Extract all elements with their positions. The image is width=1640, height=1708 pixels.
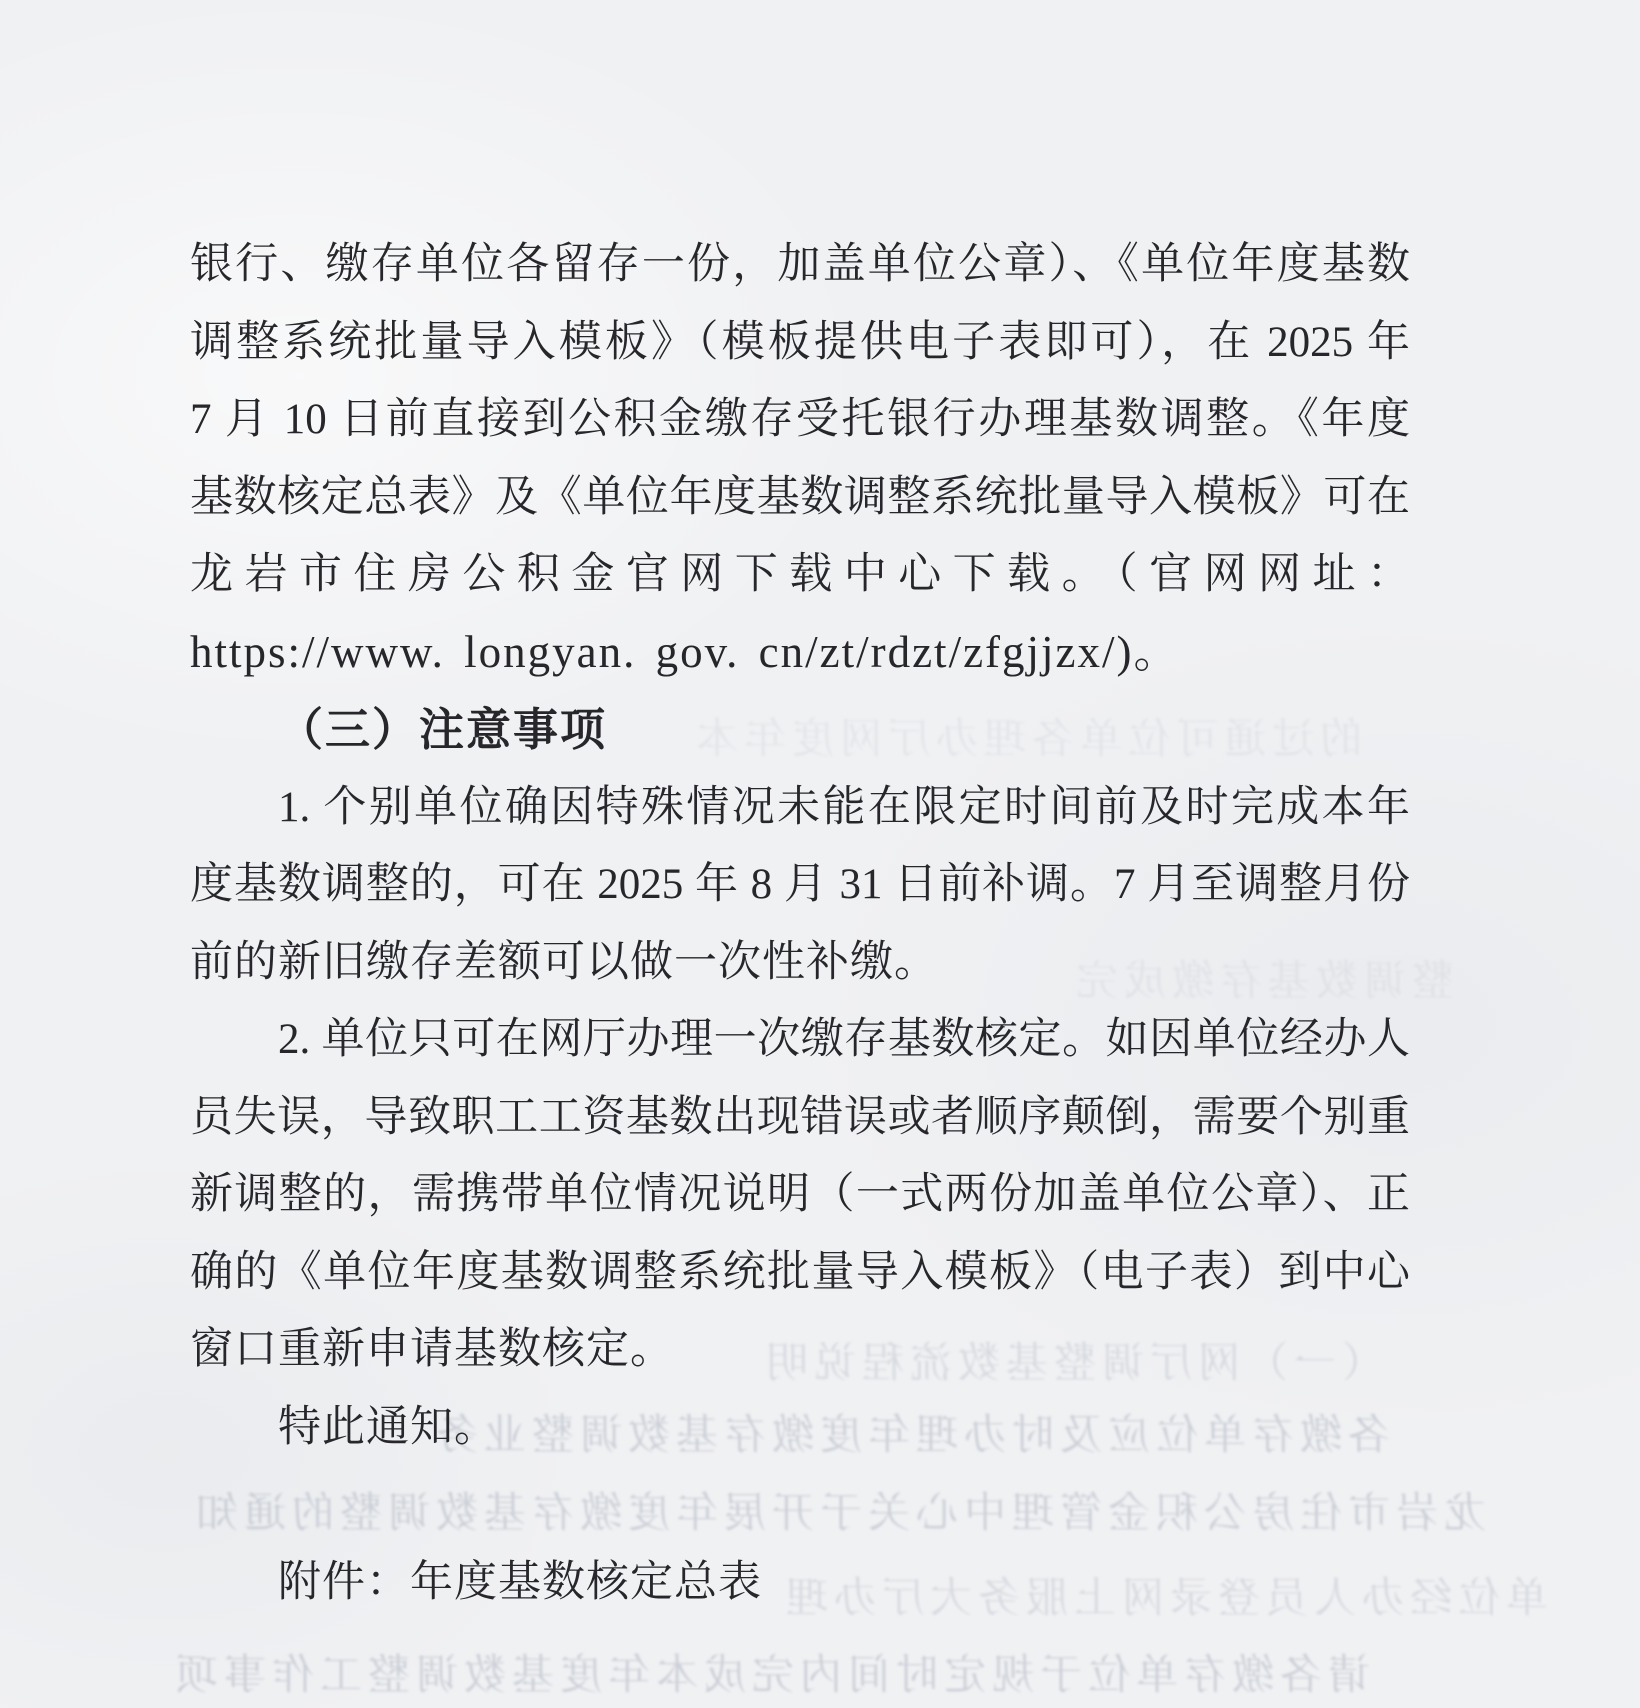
closing-line: 特此通知。 bbox=[190, 1389, 1410, 1467]
body-line: 员失误，导致职工工资基数出现错误或者顺序颠倒，需要个别重 bbox=[190, 1079, 1410, 1157]
body-line: 银行、缴存单位各留存一份，加盖单位公章）、《单位年度基数 bbox=[190, 226, 1410, 304]
body-line: 窗口重新申请基数核定。 bbox=[190, 1311, 1410, 1389]
website-url: https://www. longyan. gov. cn/zt/rdzt/zf… bbox=[190, 614, 1410, 692]
blank-line bbox=[190, 1466, 1410, 1544]
body-line: 7 月 10 日前直接到公积金缴存受托银行办理基数调整。《年度 bbox=[190, 381, 1410, 459]
section-heading-notes: （三）注意事项 bbox=[190, 691, 1410, 769]
body-line: 调整系统批量导入模板》（模板提供电子表即可），在 2025 年 bbox=[190, 304, 1410, 382]
body-line: 基数核定总表》及《单位年度基数调整系统批量导入模板》可在 bbox=[190, 459, 1410, 537]
scanned-document-page: 的过通可位单各理办厅网度年本 整调数基存缴成完 （一）网厅调整基数流程说明 各缴… bbox=[0, 0, 1640, 1708]
body-line: 前的新旧缴存差额可以做一次性补缴。 bbox=[190, 924, 1410, 1002]
body-line: 确的《单位年度基数调整系统批量导入模板》（电子表）到中心 bbox=[190, 1234, 1410, 1312]
body-line: 2. 单位只可在网厅办理一次缴存基数核定。如因单位经办人 bbox=[190, 1001, 1410, 1079]
notice-body: 银行、缴存单位各留存一份，加盖单位公章）、《单位年度基数 调整系统批量导入模板》… bbox=[190, 226, 1410, 1621]
body-line: 龙岩市住房公积金官网下载中心下载。（官网网址： bbox=[190, 536, 1410, 614]
body-line: 新调整的，需携带单位情况说明（一式两份加盖单位公章）、正 bbox=[190, 1156, 1410, 1234]
body-line: 1. 个别单位确因特殊情况未能在限定时间前及时完成本年 bbox=[190, 769, 1410, 847]
body-line: 度基数调整的，可在 2025 年 8 月 31 日前补调。7 月至调整月份 bbox=[190, 846, 1410, 924]
bleed-through-line: 请各缴存单位于规定时间内完成本年度基数调整工作事项 bbox=[170, 1642, 1370, 1702]
attachment-line: 附件：年度基数核定总表 bbox=[190, 1544, 1410, 1622]
